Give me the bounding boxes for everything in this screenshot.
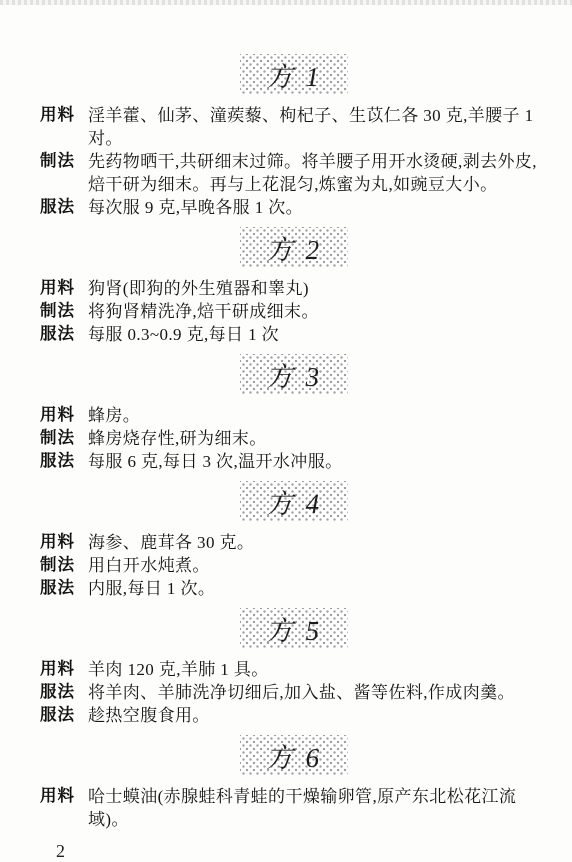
row-label-dosage: 服法: [40, 450, 88, 473]
prescription-header-3: 方 3: [240, 354, 348, 394]
recipe-row: 服法 将羊肉、羊肺洗净切细后,加入盐、酱等佐料,作成肉羹。: [40, 681, 540, 704]
recipe-row: 用料 蜂房。: [40, 404, 540, 427]
prescription-title: 方 1: [266, 55, 322, 94]
prescription-section-5: 方 5 用料 羊肉 120 克,羊肺 1 具。 服法 将羊肉、羊肺洗净切细后,加…: [40, 608, 540, 727]
row-text: 先药物晒干,共研细末过筛。将羊腰子用开水烫硬,剥去外皮,焙干研为细末。再与上花混…: [88, 150, 540, 196]
row-label-ingredients: 用料: [40, 531, 88, 554]
recipe-row: 服法 每次服 9 克,早晚各服 1 次。: [40, 196, 540, 219]
prescription-title: 方 3: [266, 355, 322, 394]
prescription-section-4: 方 4 用料 海参、鹿茸各 30 克。 制法 用白开水炖煮。 服法 内服,每日 …: [40, 481, 540, 600]
prescription-section-6: 方 6 用料 哈士蟆油(赤腺蛙科青蛙的干燥输卵管,原产东北松花江流域)。: [40, 735, 540, 831]
recipe-row: 制法 蜂房烧存性,研为细末。: [40, 427, 540, 450]
row-label-dosage: 服法: [40, 577, 88, 600]
row-text: 蜂房烧存性,研为细末。: [88, 427, 540, 450]
page-number: 2: [56, 841, 540, 862]
recipe-row: 服法 每服 6 克,每日 3 次,温开水冲服。: [40, 450, 540, 473]
prescription-section-1: 方 1 用料 淫羊藿、仙茅、潼蒺藜、枸杞子、生苡仁各 30 克,羊腰子 1 对。…: [40, 54, 540, 219]
row-text: 哈士蟆油(赤腺蛙科青蛙的干燥输卵管,原产东北松花江流域)。: [88, 785, 540, 831]
row-text: 每服 0.3~0.9 克,每日 1 次: [88, 323, 540, 346]
recipe-row: 制法 将狗肾精洗净,焙干研成细末。: [40, 300, 540, 323]
row-text: 将狗肾精洗净,焙干研成细末。: [88, 300, 540, 323]
scan-artifact-strip: [0, 0, 572, 5]
row-label-preparation: 制法: [40, 150, 88, 173]
prescription-header-2: 方 2: [240, 227, 348, 267]
row-label-dosage: 服法: [40, 196, 88, 219]
row-text: 海参、鹿茸各 30 克。: [88, 531, 540, 554]
row-text: 淫羊藿、仙茅、潼蒺藜、枸杞子、生苡仁各 30 克,羊腰子 1 对。: [88, 104, 540, 150]
row-text: 用白开水炖煮。: [88, 554, 540, 577]
row-label-preparation: 制法: [40, 300, 88, 323]
row-text: 蜂房。: [88, 404, 540, 427]
recipe-row: 制法 用白开水炖煮。: [40, 554, 540, 577]
recipe-row: 用料 淫羊藿、仙茅、潼蒺藜、枸杞子、生苡仁各 30 克,羊腰子 1 对。: [40, 104, 540, 150]
prescription-header-5: 方 5: [240, 608, 348, 648]
row-label-preparation: 制法: [40, 427, 88, 450]
row-text: 趁热空腹食用。: [88, 704, 540, 727]
recipe-row: 用料 海参、鹿茸各 30 克。: [40, 531, 540, 554]
row-text: 每服 6 克,每日 3 次,温开水冲服。: [88, 450, 540, 473]
recipe-row: 服法 内服,每日 1 次。: [40, 577, 540, 600]
prescription-title: 方 5: [266, 609, 322, 648]
recipe-row: 服法 每服 0.3~0.9 克,每日 1 次: [40, 323, 540, 346]
row-label-dosage: 服法: [40, 323, 88, 346]
row-label-ingredients: 用料: [40, 404, 88, 427]
row-text: 羊肉 120 克,羊肺 1 具。: [88, 658, 540, 681]
prescription-title: 方 6: [266, 736, 322, 775]
prescription-header-4: 方 4: [240, 481, 348, 521]
recipe-row: 制法 先药物晒干,共研细末过筛。将羊腰子用开水烫硬,剥去外皮,焙干研为细末。再与…: [40, 150, 540, 196]
recipe-row: 用料 羊肉 120 克,羊肺 1 具。: [40, 658, 540, 681]
prescription-section-2: 方 2 用料 狗肾(即狗的外生殖器和睾丸) 制法 将狗肾精洗净,焙干研成细末。 …: [40, 227, 540, 346]
row-label-dosage: 服法: [40, 704, 88, 727]
recipe-row: 服法 趁热空腹食用。: [40, 704, 540, 727]
book-page: 方 1 用料 淫羊藿、仙茅、潼蒺藜、枸杞子、生苡仁各 30 克,羊腰子 1 对。…: [0, 0, 572, 862]
row-label-ingredients: 用料: [40, 785, 88, 808]
row-label-ingredients: 用料: [40, 104, 88, 127]
row-text: 将羊肉、羊肺洗净切细后,加入盐、酱等佐料,作成肉羹。: [88, 681, 540, 704]
prescription-title: 方 2: [266, 228, 322, 267]
recipe-row: 用料 狗肾(即狗的外生殖器和睾丸): [40, 277, 540, 300]
row-text: 内服,每日 1 次。: [88, 577, 540, 600]
prescription-header-1: 方 1: [240, 54, 348, 94]
row-text: 每次服 9 克,早晚各服 1 次。: [88, 196, 540, 219]
prescription-section-3: 方 3 用料 蜂房。 制法 蜂房烧存性,研为细末。 服法 每服 6 克,每日 3…: [40, 354, 540, 473]
recipe-row: 用料 哈士蟆油(赤腺蛙科青蛙的干燥输卵管,原产东北松花江流域)。: [40, 785, 540, 831]
prescription-header-6: 方 6: [240, 735, 348, 775]
prescription-title: 方 4: [266, 482, 322, 521]
row-label-dosage: 服法: [40, 681, 88, 704]
row-label-ingredients: 用料: [40, 277, 88, 300]
row-label-preparation: 制法: [40, 554, 88, 577]
row-text: 狗肾(即狗的外生殖器和睾丸): [88, 277, 540, 300]
row-label-ingredients: 用料: [40, 658, 88, 681]
